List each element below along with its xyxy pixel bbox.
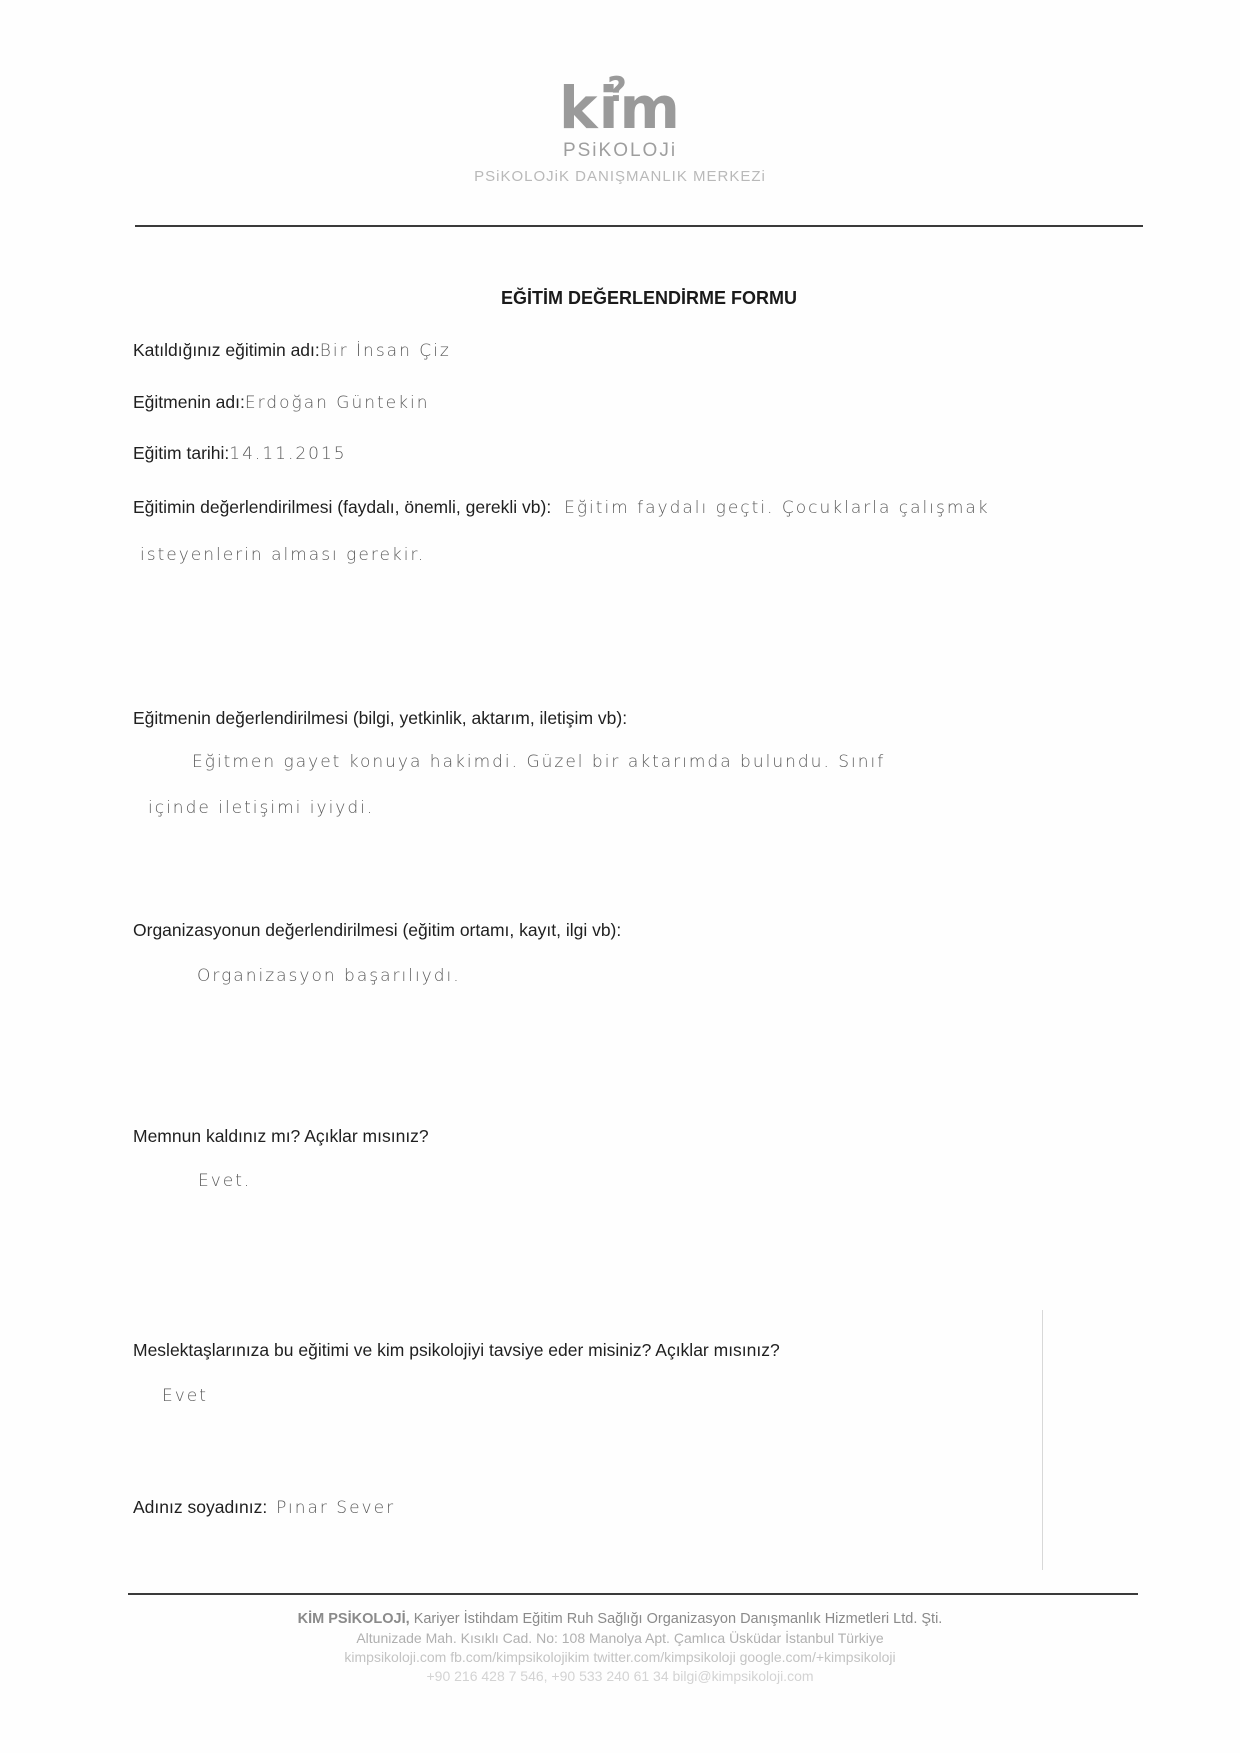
trainer-evaluation-value-line1[interactable]: Eğitmen gayet konuya hakimdi. Güzel bir … <box>192 752 885 772</box>
trainer-evaluation-label: Eğitmenin değerlendirilmesi (bilgi, yetk… <box>133 708 627 728</box>
logo-tagline: PSiKOLOJiK DANIŞMANLIK MERKEZi <box>0 168 1240 185</box>
full-name-field: Adınız soyadınız: Pınar Sever <box>133 1497 395 1518</box>
training-evaluation-label: Eğitimin değerlendirilmesi (faydalı, öne… <box>133 497 551 517</box>
trainer-name-field: Eğitmenin adı:Erdoğan Güntekin <box>133 392 430 413</box>
recommendation-label: Meslektaşlarınıza bu eğitimi ve kim psik… <box>133 1340 780 1360</box>
training-date-label: Eğitim tarihi: <box>133 443 229 463</box>
trainer-name-value[interactable]: Erdoğan Güntekin <box>245 393 430 413</box>
footer-company-name: KİM PSİKOLOJİ, <box>298 1611 410 1627</box>
logo-mark: ? kim <box>559 78 681 138</box>
footer-company: KİM PSİKOLOJİ, Kariyer İstihdam Eğitim R… <box>0 1610 1240 1629</box>
footer-divider <box>128 1593 1138 1595</box>
recommendation-value[interactable]: Evet <box>162 1386 208 1406</box>
question-mark-icon: ? <box>607 60 628 120</box>
scan-artifact-line <box>1042 1310 1043 1570</box>
footer-web-links: kimpsikoloji.com fb.com/kimpsikolojikim … <box>0 1648 1240 1667</box>
footer-address: Altunizade Mah. Kısıklı Cad. No: 108 Man… <box>0 1629 1240 1648</box>
training-date-field: Eğitim tarihi:14.11.2015 <box>133 443 347 464</box>
satisfaction-field: Memnun kaldınız mı? Açıklar mısınız? <box>133 1126 429 1147</box>
satisfaction-label: Memnun kaldınız mı? Açıklar mısınız? <box>133 1126 429 1146</box>
training-name-label: Katıldığınız eğitimin adı: <box>133 340 320 360</box>
organization-evaluation-label: Organizasyonun değerlendirilmesi (eğitim… <box>133 920 621 940</box>
footer-contact: +90 216 428 7 546, +90 533 240 61 34 bil… <box>0 1667 1240 1686</box>
training-date-value[interactable]: 14.11.2015 <box>229 444 346 464</box>
training-name-field: Katıldığınız eğitimin adı:Bir İnsan Çiz <box>133 340 451 361</box>
training-evaluation-field: Eğitimin değerlendirilmesi (faydalı, öne… <box>133 497 990 518</box>
full-name-value[interactable]: Pınar Sever <box>276 1498 395 1518</box>
trainer-evaluation-value-line2[interactable]: içinde iletişimi iyiydi. <box>148 798 374 818</box>
evaluation-form-page: ? kim PSiKOLOJi PSiKOLOJiK DANIŞMANLIK M… <box>0 0 1240 1753</box>
trainer-name-label: Eğitmenin adı: <box>133 392 245 412</box>
organization-evaluation-field: Organizasyonun değerlendirilmesi (eğitim… <box>133 920 621 941</box>
header-divider <box>135 225 1143 227</box>
training-name-value[interactable]: Bir İnsan Çiz <box>320 341 451 361</box>
form-title: EĞİTİM DEĞERLENDİRME FORMU <box>0 288 1240 309</box>
training-evaluation-value-line1[interactable]: Eğitim faydalı geçti. Çocuklarla çalışma… <box>564 498 990 518</box>
company-logo: ? kim PSiKOLOJi PSiKOLOJiK DANIŞMANLIK M… <box>0 78 1240 185</box>
footer-company-description: Kariyer İstihdam Eğitim Ruh Sağlığı Orga… <box>414 1611 943 1627</box>
satisfaction-value[interactable]: Evet. <box>198 1171 251 1191</box>
training-evaluation-value-line2[interactable]: isteyenlerin alması gerekir. <box>140 545 425 565</box>
company-footer: KİM PSİKOLOJİ, Kariyer İstihdam Eğitim R… <box>0 1610 1240 1686</box>
recommendation-field: Meslektaşlarınıza bu eğitimi ve kim psik… <box>133 1340 780 1361</box>
trainer-evaluation-field: Eğitmenin değerlendirilmesi (bilgi, yetk… <box>133 708 627 729</box>
organization-evaluation-value[interactable]: Organizasyon başarılıydı. <box>197 966 461 986</box>
full-name-label: Adınız soyadınız: <box>133 1497 267 1517</box>
logo-subtitle: PSiKOLOJi <box>0 140 1240 162</box>
